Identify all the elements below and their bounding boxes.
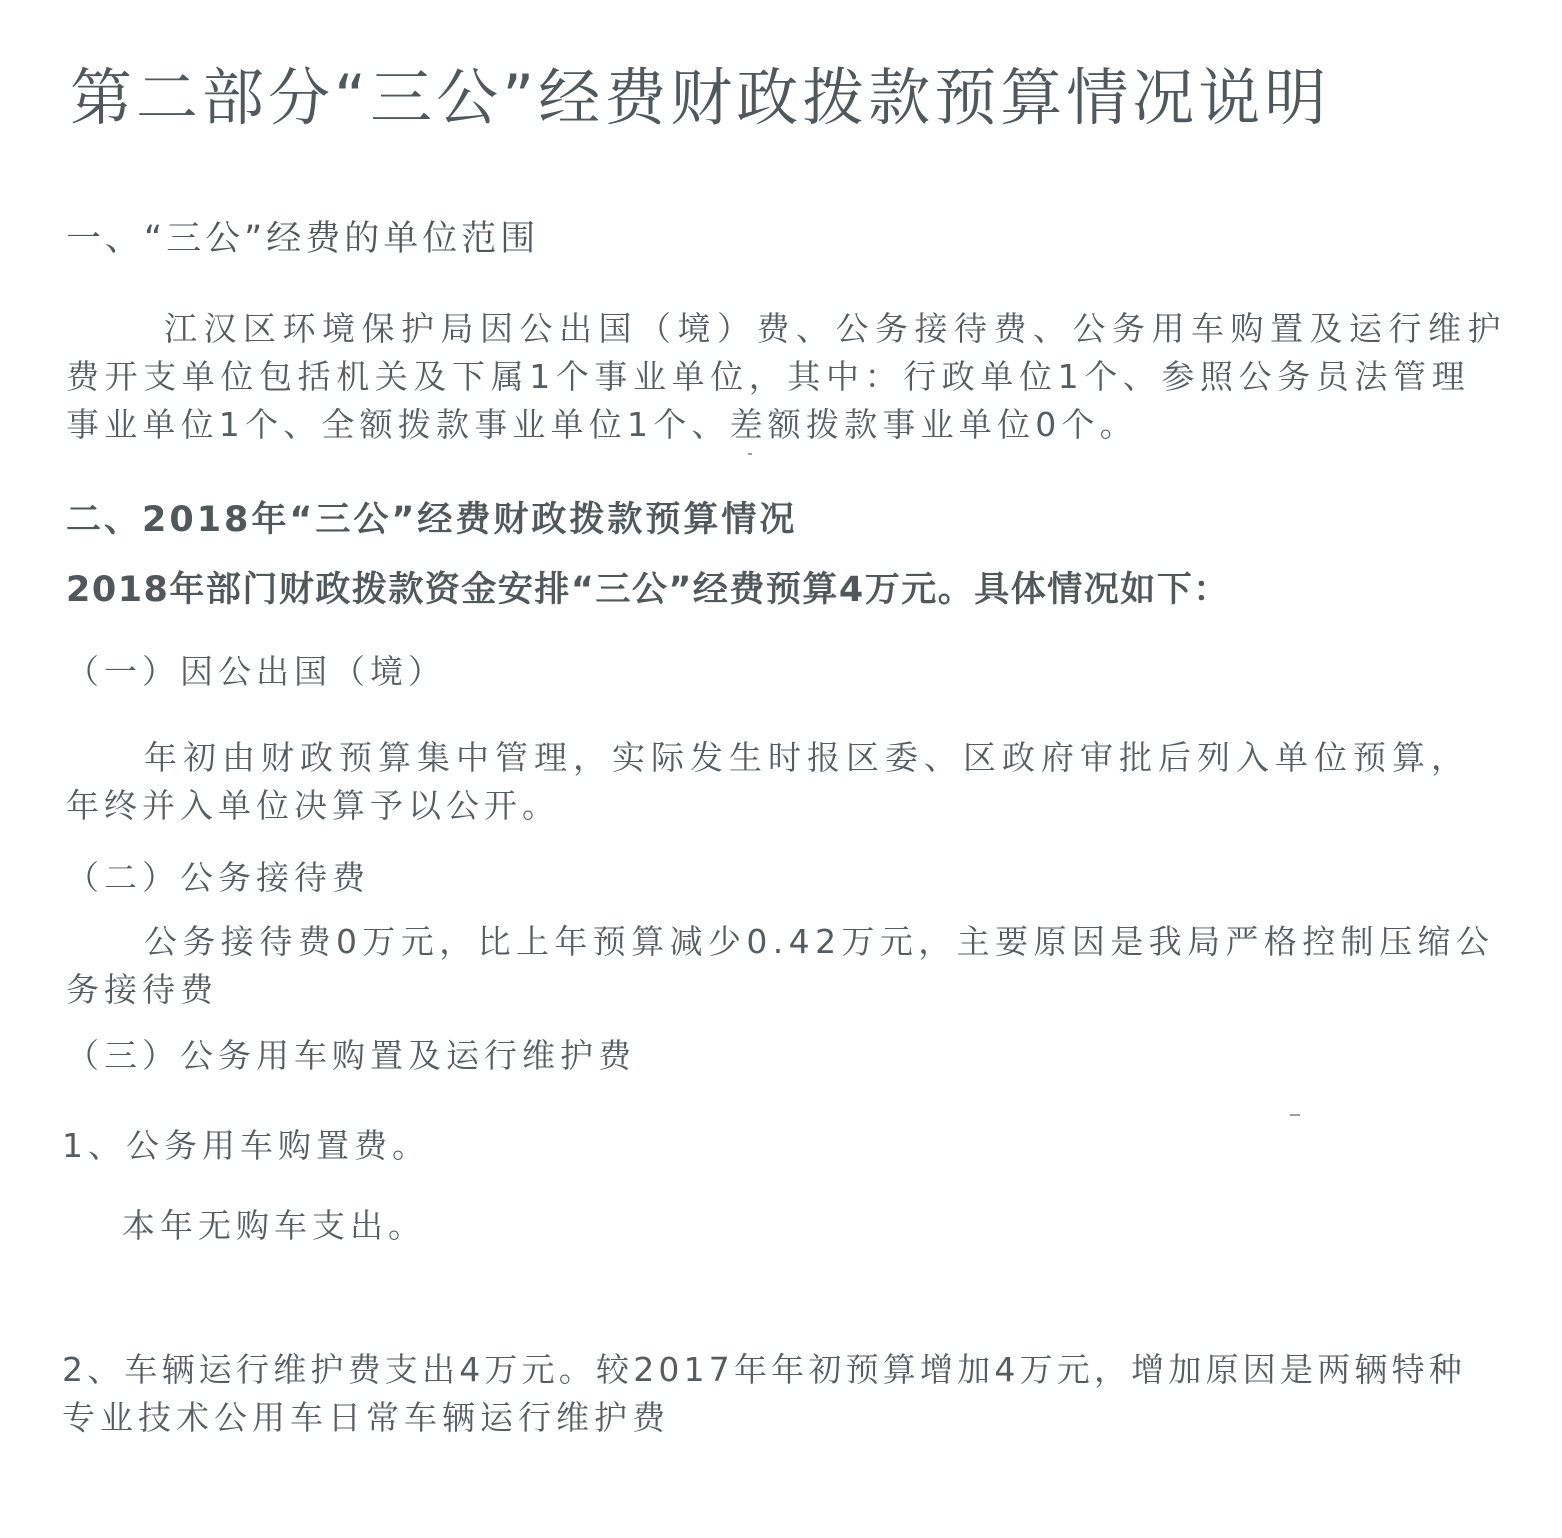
- item-2-paragraph-line-1: 2、车辆运行维护费支出4万元。较2017年年初预算增加4万元，增加原因是两辆特种: [62, 1344, 1466, 1391]
- scan-speck: [1290, 1114, 1300, 1116]
- section-1-paragraph-line-2: 费开支单位包括机关及下属1个事业单位，其中：行政单位1个、参照公务员法管理: [66, 351, 1470, 398]
- subsection-3-heading: （三）公务用车购置及运行维护费: [66, 1030, 636, 1077]
- section-1-paragraph-line-3: 事业单位1个、全额拨款事业单位1个、差额拨款事业单位0个。: [66, 399, 1138, 446]
- item-1-text: 本年无购车支出。: [122, 1200, 426, 1247]
- subsection-1-heading: （一）因公出国（境）: [66, 646, 446, 693]
- section-1-paragraph-line-1: 江汉区环境保护局因公出国（境）费、公务接待费、公务用车购置及运行维护: [164, 303, 1507, 350]
- subsection-1-paragraph-line-1: 年初由财政预算集中管理，实际发生时报区委、区政府审批后列入单位预算，: [144, 732, 1470, 779]
- section-2-summary: 2018年部门财政拨款资金安排“三公”经费预算4万元。具体情况如下：: [66, 562, 1230, 612]
- document-page: 第二部分“三公”经费财政拨款预算情况说明 一、“三公”经费的单位范围 江汉区环境…: [0, 0, 1562, 1538]
- document-title: 第二部分“三公”经费财政拨款预算情况说明: [70, 48, 1330, 137]
- section-2-heading: 二、2018年“三公”经费财政拨款预算情况: [66, 492, 797, 542]
- subsection-2-paragraph-line-2: 务接待费: [66, 964, 218, 1011]
- subsection-1-paragraph-line-2: 年终并入单位决算予以公开。: [66, 780, 560, 827]
- scan-speck: [748, 453, 752, 455]
- item-1-heading: 1、公务用车购置费。: [62, 1120, 430, 1167]
- section-1-heading: 一、“三公”经费的单位范围: [66, 211, 539, 261]
- subsection-2-paragraph-line-1: 公务接待费0万元，比上年预算减少0.42万元，主要原因是我局严格控制压缩公: [144, 916, 1494, 963]
- subsection-2-heading: （二）公务接待费: [66, 852, 370, 899]
- item-2-paragraph-line-2: 专业技术公用车日常车辆运行维护费: [62, 1392, 670, 1439]
